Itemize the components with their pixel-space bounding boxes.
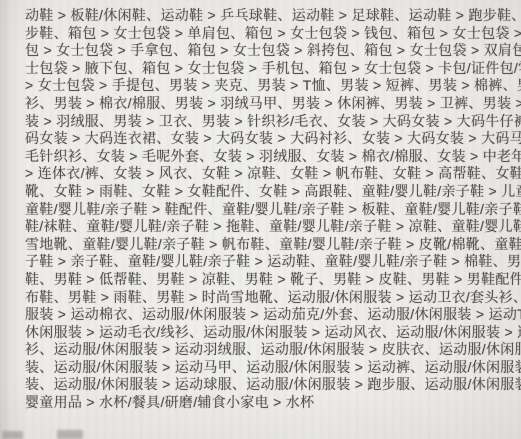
category-path-line: > 女士包袋 > 手提包、男装 > 夹克、男装 > T恤、男装 > 短裤、男装 … bbox=[25, 77, 521, 95]
category-path-line: 装 > 羽绒服、男装 > 卫衣、男装 > 针织衫/毛衣、女装 > 大码女装 > … bbox=[25, 113, 521, 131]
category-path-line: 雪地靴、童鞋/婴儿鞋/亲子鞋 > 帆布鞋、童鞋/婴儿鞋/亲子鞋 > 皮靴/棉靴、… bbox=[25, 236, 521, 254]
category-path-line: 休闲服装 > 运动毛衣/线衫、运动服/休闲服装 > 运动风衣、运动服/休闲服装 … bbox=[25, 324, 521, 342]
category-path-line: 婴童用品 > 水杯/餐具/研磨/辅食小家电 > 水杯 bbox=[25, 394, 521, 412]
category-path-line: 装、运动服/休闲服装 > 运动球服、运动服/休闲服装 > 跑步服、运动服/休闲服… bbox=[25, 376, 521, 394]
screen-photo: 动鞋 > 板鞋/休闲鞋、运动鞋 > 乒乓球鞋、运动鞋 > 足球鞋、运动鞋 > 跑… bbox=[0, 0, 521, 439]
category-path-list: 动鞋 > 板鞋/休闲鞋、运动鞋 > 乒乓球鞋、运动鞋 > 足球鞋、运动鞋 > 跑… bbox=[25, 7, 521, 412]
category-path-line: 服装 > 运动棉衣、运动服/休闲服装 > 运动茄克/外套、运动服/休闲服装 > … bbox=[25, 306, 521, 324]
cutoff-text-fragment bbox=[2, 431, 23, 439]
category-path-line: 布鞋、男鞋 > 雨鞋、男鞋 > 时尚雪地靴、运动服/休闲服装 > 运动卫衣/套头… bbox=[25, 289, 521, 307]
category-path-line: 码女装 > 大码连衣裙、女装 > 大码女装 > 大码衬衫、女装 > 大码女装 >… bbox=[25, 130, 521, 148]
category-path-line: 步鞋、箱包 > 女士包袋 > 单肩包、箱包 > 女士包袋 > 钱包、箱包 > 女… bbox=[25, 25, 521, 43]
category-path-line: 子鞋 > 亲子鞋、童鞋/婴儿鞋/亲子鞋 > 运动鞋、童鞋/婴儿鞋/亲子鞋 > 棉… bbox=[25, 253, 521, 271]
category-path-line: 鞋、男鞋 > 低帮鞋、男鞋 > 凉鞋、男鞋 > 靴子、男鞋 > 皮鞋、男鞋 > … bbox=[25, 271, 521, 289]
category-path-line: 包 > 女士包袋 > 手拿包、箱包 > 女士包袋 > 斜挎包、箱包 > 女士包袋… bbox=[25, 42, 521, 60]
category-path-line: > 连体衣/裤、女装 > 风衣、女鞋 > 凉鞋、女鞋 > 帆布鞋、女鞋 > 高帮… bbox=[25, 165, 521, 183]
category-path-line: 衫、运动服/休闲服装 > 运动羽绒服、运动服/休闲服装 > 皮肤衣、运动服/休闲… bbox=[25, 341, 521, 359]
category-path-line: 动鞋 > 板鞋/休闲鞋、运动鞋 > 乒乓球鞋、运动鞋 > 足球鞋、运动鞋 > 跑… bbox=[25, 7, 521, 25]
category-path-line: 衫、男装 > 棉衣/棉服、男装 > 羽绒马甲、男装 > 休闲裤、男装 > 卫裤、… bbox=[25, 95, 521, 113]
category-path-line: 靴、女鞋 > 雨鞋、女鞋 > 女鞋配件、女鞋 > 高跟鞋、童鞋/婴儿鞋/亲子鞋 … bbox=[25, 183, 521, 201]
category-path-line: 童鞋/婴儿鞋/亲子鞋 > 鞋配件、童鞋/婴儿鞋/亲子鞋 > 板鞋、童鞋/婴儿鞋/… bbox=[25, 201, 521, 219]
cutoff-text-fragment bbox=[57, 430, 83, 439]
category-path-line: 毛针织衫、女装 > 毛呢外套、女装 > 羽绒服、女装 > 棉衣/棉服、女装 > … bbox=[25, 148, 521, 166]
category-path-line: 装、运动服/休闲服装 > 运动马甲、运动服/休闲服装 > 运动裤、运动服/休闲服… bbox=[25, 359, 521, 377]
category-path-line: 鞋/袜鞋、童鞋/婴儿鞋/亲子鞋 > 拖鞋、童鞋/婴儿鞋/亲子鞋 > 凉鞋、童鞋/… bbox=[25, 218, 521, 236]
category-path-line: 士包袋 > 腋下包、箱包 > 女士包袋 > 手机包、箱包 > 女士包袋 > 卡包… bbox=[25, 60, 521, 78]
